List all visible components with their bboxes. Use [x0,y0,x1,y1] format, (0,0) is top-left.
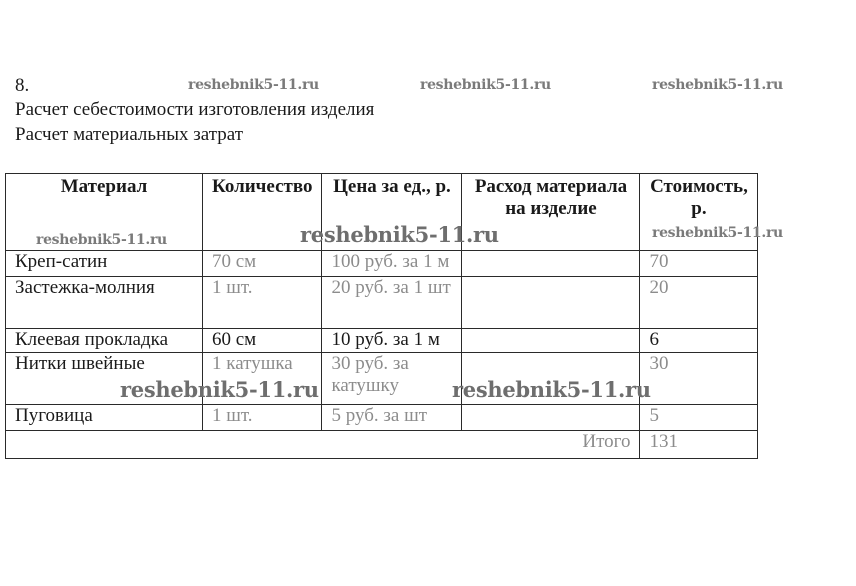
cell-quantity: 1 шт. [203,277,322,329]
cell-cost: 20 [640,277,758,329]
title-cost-calculation: Расчет себестоимости изготовления издели… [15,99,374,121]
cell-cost: 30 [640,353,758,405]
cell-price: 5 руб. за шт [322,405,462,431]
cell-material: Клеевая прокладка [6,329,203,353]
cell-quantity: 70 см [203,251,322,277]
task-number: 8. [15,75,29,97]
watermark: reshebnik5-11.ru [420,77,551,93]
watermark: reshebnik5-11.ru [300,222,499,247]
cell-material: Пуговица [6,405,203,431]
total-label: Итого [6,431,640,459]
watermark: reshebnik5-11.ru [120,377,319,402]
cell-quantity: 60 см [203,329,322,353]
watermark: reshebnik5-11.ru [652,77,783,93]
title-material-costs: Расчет материальных затрат [15,124,243,146]
cell-consumption [462,251,640,277]
cell-consumption [462,329,640,353]
table-row: Креп-сатин 70 см 100 руб. за 1 м 70 [6,251,758,277]
cell-consumption [462,405,640,431]
cell-cost: 5 [640,405,758,431]
cell-cost: 6 [640,329,758,353]
cell-quantity: 1 шт. [203,405,322,431]
table-row: Клеевая прокладка 60 см 10 руб. за 1 м 6 [6,329,758,353]
cell-price: 20 руб. за 1 шт [322,277,462,329]
table-row: Пуговица 1 шт. 5 руб. за шт 5 [6,405,758,431]
watermark: reshebnik5-11.ru [652,225,783,241]
total-row: Итого 131 [6,431,758,459]
cell-cost: 70 [640,251,758,277]
watermark: reshebnik5-11.ru [36,232,167,248]
watermark: reshebnik5-11.ru [188,77,319,93]
cell-price: 10 руб. за 1 м [322,329,462,353]
cell-price: 100 руб. за 1 м [322,251,462,277]
cell-material: Креп-сатин [6,251,203,277]
total-value: 131 [640,431,758,459]
cell-price: 30 руб. за катушку [322,353,462,405]
cell-consumption [462,277,640,329]
cell-material: Застежка-молния [6,277,203,329]
table-row: Застежка-молния 1 шт. 20 руб. за 1 шт 20 [6,277,758,329]
material-costs-table: Материал Количество Цена за ед., р. Расх… [5,173,758,459]
watermark: reshebnik5-11.ru [452,377,651,402]
